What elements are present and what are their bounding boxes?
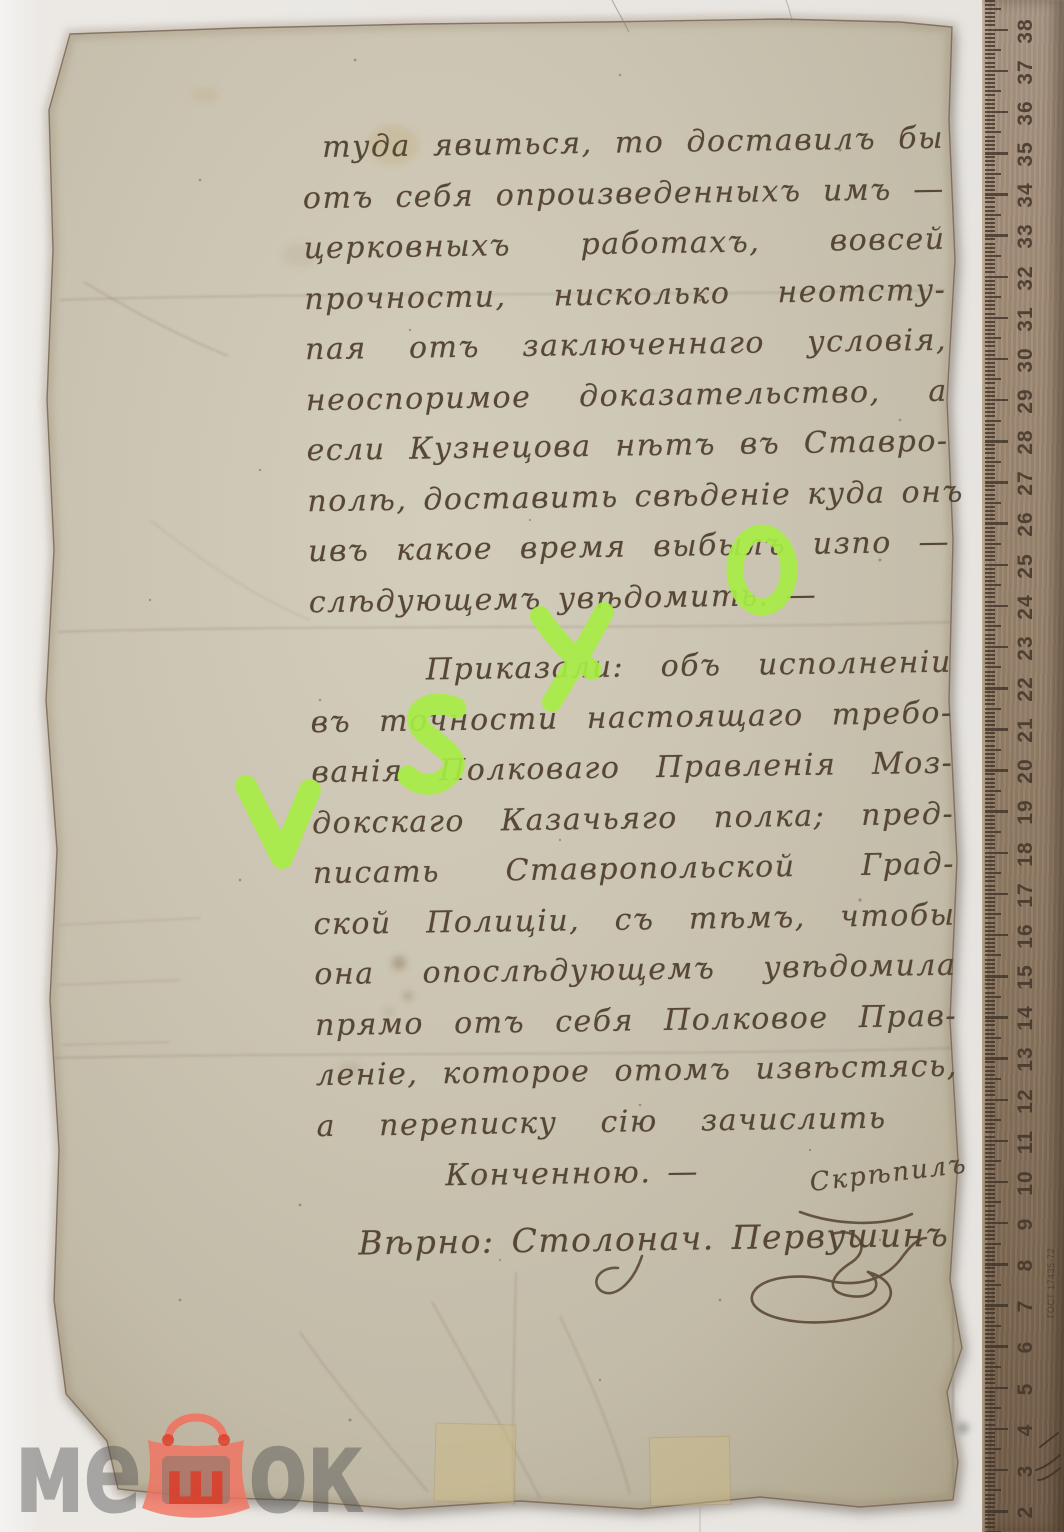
photo-canvas: туда явиться, то доставилъ бы отъ себя о…	[0, 0, 1064, 1532]
ruler-scribble	[0, 0, 1064, 1532]
